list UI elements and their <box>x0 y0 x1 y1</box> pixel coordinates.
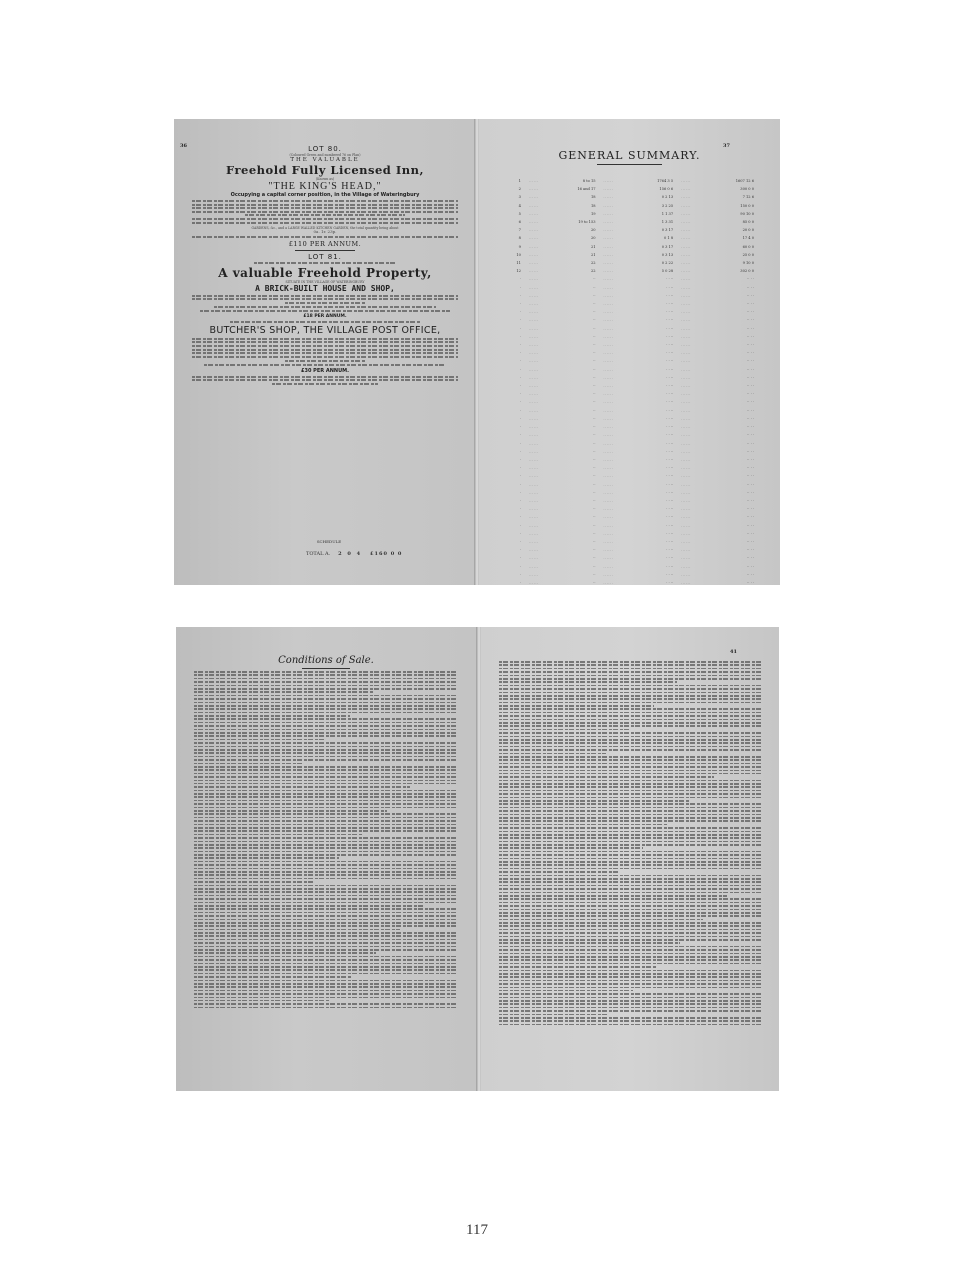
summary-row: 4......18......3 2 25......150 0 0 <box>509 202 754 210</box>
summary-row: ·......··......· · ··......·· · · <box>509 333 754 341</box>
lease-line <box>204 364 446 366</box>
top-scan-spread: 36 LOT 80. (Coloured Green and numbered … <box>174 119 780 585</box>
summary-row: ·......··......· · ··......·· · · <box>509 481 754 489</box>
summary-row: ·......··......· · ··......·· · · <box>509 349 754 357</box>
lot-81-title: A valuable Freehold Property, <box>174 266 476 280</box>
inn-name: "THE KING'S HEAD," <box>174 181 476 192</box>
summary-row: ·......··......· · ··......·· · · <box>509 522 754 530</box>
summary-row: 9......21......0 3 17......60 0 0 <box>509 243 754 251</box>
summary-row: ·......··......· · ··......·· · · <box>509 472 754 480</box>
let-line <box>200 310 450 312</box>
lot-80-rent: £110 PER ANNUM. <box>174 240 476 248</box>
title-rule <box>302 668 350 669</box>
house-and-shop: A BRICK-BUILT HOUSE AND SHOP, <box>174 284 476 293</box>
summary-row: ·......··......· · ··......·· · · <box>509 366 754 374</box>
total-acres: 2 0 4 <box>338 551 362 557</box>
summary-row: 1......8 to 15......1764 3 5......1607 1… <box>509 177 754 185</box>
lot-80-81-page: 36 LOT 80. (Coloured Green and numbered … <box>174 119 476 585</box>
summary-row: ·......··......· · ··......·· · · <box>509 415 754 423</box>
conditions-body-text <box>194 671 458 1008</box>
summary-row: ·......··......· · ··......·· · · <box>509 382 754 390</box>
summary-row: ·......··......· · ··......·· · · <box>509 497 754 505</box>
page-number: 117 <box>0 1222 954 1239</box>
summary-row: ·......··......· · ··......·· · · <box>509 284 754 292</box>
lot-80-area: 0a. 1r. 23p. <box>174 230 476 234</box>
summary-row: 3......18......0 2 13......7 12 6 <box>509 193 754 201</box>
summary-row: ·......··......· · ··......·· · · <box>509 538 754 546</box>
summary-row: 7......20......0 3 17......20 0 0 <box>509 226 754 234</box>
summary-row: ·......··......· · ··......·· · · <box>509 505 754 513</box>
summary-row: ·......··......· · ··......·· · · <box>509 357 754 365</box>
summary-row: ·......··......· · ··......·· · · <box>509 579 754 585</box>
summary-row: 6......19 to 153......1 3 31......85 0 0 <box>509 218 754 226</box>
lot-80-heading: LOT 80. <box>174 145 476 153</box>
summary-row: 8......20......0 1 8......17 4 0 <box>509 234 754 242</box>
slaughter-house-line <box>192 349 458 355</box>
summary-row: ·......··......· · ··......·· · · <box>509 325 754 333</box>
folio-number: 36 <box>180 143 187 149</box>
conditions-continued-text <box>499 661 761 1025</box>
stable-yard-description <box>192 218 458 224</box>
general-summary-title: GENERAL SUMMARY. <box>479 149 780 162</box>
summary-row: ·......··......· · ··......·· · · <box>509 530 754 538</box>
collar-makers-line <box>214 306 436 308</box>
summary-row: ·......··......· · ··......·· · · <box>509 464 754 472</box>
conditions-of-sale-page: Conditions of Sale. <box>176 627 476 1091</box>
summary-row: ·......··......· · ··......·· · · <box>509 292 754 300</box>
conditions-continued-page: 41 <box>481 627 779 1091</box>
lot-80-title: Freehold Fully Licensed Inn, <box>174 163 476 177</box>
rent-30: £30 PER ANNUM. <box>174 368 476 374</box>
bottom-scan-spread: Conditions of Sale. 41 <box>176 627 779 1091</box>
summary-row: ·......··......· · ··......·· · · <box>509 390 754 398</box>
lot-total: TOTAL A. 2 0 4 £160 0 0 <box>306 551 402 557</box>
summary-row: ·......··......· · ··......·· · · <box>509 440 754 448</box>
summary-row: 12......22......5 0 28......302 0 0 <box>509 267 754 275</box>
summary-row: ·......··......· · ··......·· · · <box>509 398 754 406</box>
summary-row: ·......··......· · ··......·· · · <box>509 489 754 497</box>
summary-row: ·......··......· · ··......·· · · <box>509 448 754 456</box>
total-rent: £160 0 0 <box>370 551 402 557</box>
summary-row: ·......··......· · ··......·· · · <box>509 341 754 349</box>
summary-row: ·......··......· · ··......·· · · <box>509 456 754 464</box>
summary-row: ·......··......· · ··......·· · · <box>509 275 754 283</box>
summary-row: 11......22......0 2 22......9 10 0 <box>509 259 754 267</box>
lot-80-let-line <box>192 236 458 238</box>
summary-row: ·......··......· · ··......·· · · <box>509 423 754 431</box>
divider <box>295 250 355 251</box>
house-description <box>192 295 458 304</box>
butcher-description <box>192 338 458 347</box>
lot-81-note <box>254 262 396 264</box>
general-summary-page: 37 GENERAL SUMMARY. 1......8 to 15......… <box>479 119 780 585</box>
rent-18: £18 PER ANNUM. <box>174 314 476 319</box>
summary-row: ·......··......· · ··......·· · · <box>509 571 754 579</box>
lot-80-description <box>192 200 458 216</box>
butcher-shop-line: BUTCHER'S SHOP, THE VILLAGE POST OFFICE, <box>174 325 476 336</box>
occupying-line: Occupying a capital corner position, in … <box>174 192 476 198</box>
summary-row: ·......··......· · ··......·· · · <box>509 546 754 554</box>
lot-81-heading: LOT 81. <box>174 253 476 261</box>
schedule-table: SCHEDULE <box>204 539 454 544</box>
summary-row: ·......··......· · ··......·· · · <box>509 563 754 571</box>
conditions-title: Conditions of Sale. <box>176 655 476 666</box>
summary-row: ·......··......· · ··......·· · · <box>509 316 754 324</box>
folio-number: 41 <box>730 649 737 655</box>
title-rule <box>597 164 662 165</box>
summary-row: ·......··......· · ··......·· · · <box>509 300 754 308</box>
summary-table: 1......8 to 15......1764 3 5......1607 1… <box>509 177 754 585</box>
summary-row: ·......··......· · ··......·· · · <box>509 374 754 382</box>
garden-line <box>192 356 458 362</box>
summary-row: ·......··......· · ··......·· · · <box>509 407 754 415</box>
summary-row: ·......··......· · ··......·· · · <box>509 554 754 562</box>
summary-row: 10......21......0 3 13......25 0 0 <box>509 251 754 259</box>
summary-row: 5......19......1 1 37......90 10 0 <box>509 210 754 218</box>
summary-row: ·......··......· · ··......·· · · <box>509 308 754 316</box>
lessee-line <box>192 376 458 385</box>
summary-row: 2......16 and 17......156 0 6......300 0… <box>509 185 754 193</box>
folio-number: 37 <box>723 143 730 149</box>
schedule-label: SCHEDULE <box>204 539 454 544</box>
business-premises-line <box>230 321 420 323</box>
summary-row: ·......··......· · ··......·· · · <box>509 431 754 439</box>
summary-row: ·......··......· · ··......·· · · <box>509 513 754 521</box>
total-label: TOTAL A. <box>306 551 330 557</box>
